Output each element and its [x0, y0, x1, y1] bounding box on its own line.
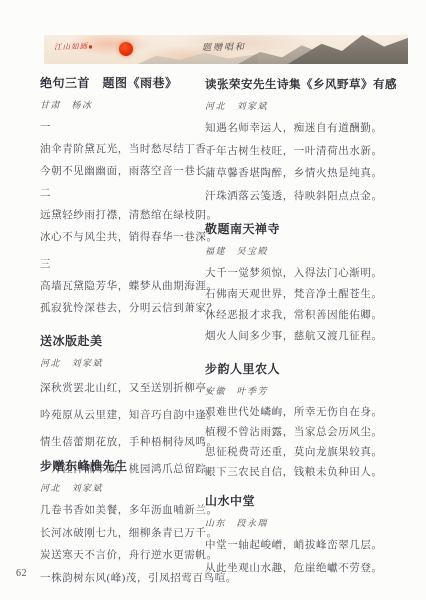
poem-body: 大千一觉梦须惊，入得法门心渐明。 石佛南天观世界，梵音净土醒苍生。 休经恶报才求…: [205, 263, 421, 347]
poem-line: 大千一觉梦须惊，入得法门心渐明。: [205, 263, 421, 284]
poem-line: 植稷不曾沾雨露，当家总会历风尘。: [205, 423, 421, 443]
poem-title: 步韵人里农人: [205, 360, 421, 377]
poem-line: 思征税费苛还重，莫向龙旗果较真。: [205, 443, 421, 463]
poem-author: 福建 吴宝殿: [205, 244, 421, 257]
poem-nantianchansi: 敬题南天禅寺 福建 吴宝殿 大千一觉梦须惊，入得法门心渐明。 石佛南天观世界，梵…: [205, 220, 421, 347]
poem-line: 休经恶报才求我，常积善因能佑卿。: [205, 305, 421, 326]
poem-line: 艰难世代处嶙峋，所幸无伤自在身。: [205, 403, 421, 423]
poem-author: 河北 刘家斌: [205, 99, 421, 112]
poem-nongren: 步韵人里农人 安徽 叶季芳 艰难世代处嶙峋，所幸无伤自在身。 植稷不曾沾雨露，当…: [205, 360, 421, 483]
poem-xiangfengyecao: 读张荣安先生诗集《乡风野草》有感 河北 刘家斌 知遇名师幸运人，痴迷自有道酬勤。…: [205, 76, 421, 208]
poem-line: 千年古树生枝旺，一叶清荷出水新。: [205, 141, 421, 164]
poem-shanshuizhongtang: 山水中堂 山东 段永瑞 中堂一轴起峻嶒，峭拔峰峦翠几层。 从此坐观山水趣，危崖绝…: [205, 492, 421, 580]
poem-line: 蒲草馨香堪陶醉，乡情火热是纯真。: [205, 163, 421, 186]
book-page: 江山如画 题赠唱和 绝句三首 题图《雨巷》 甘肃 杨冰 一 油伞青阶黛瓦光，当时…: [0, 0, 426, 600]
poem-line: 汗珠洒落云笺透，待映斜阳点点金。: [205, 186, 421, 209]
poem-body: 艰难世代处嶙峋，所幸无伤自在身。 植稷不曾沾雨露，当家总会历风尘。 思征税费苛还…: [205, 403, 421, 483]
poem-line: 中堂一轴起峻嶒，峭拔峰峦翠几层。: [205, 535, 421, 558]
poem-line: 石佛南天观世界，梵音净土醒苍生。: [205, 284, 421, 305]
poem-line: 烟火人间多少事，慈航又渡几征程。: [205, 326, 421, 347]
page-number: 62: [16, 568, 27, 579]
poem-line: 眼下三农民自信，钱粮未负种田人。: [205, 463, 421, 483]
poem-title: 读张荣安先生诗集《乡风野草》有感: [205, 76, 421, 92]
poem-line: 从此坐观山水趣，危崖绝巘不劳登。: [205, 558, 421, 581]
poem-body: 中堂一轴起峻嶒，峭拔峰峦翠几层。 从此坐观山水趣，危崖绝巘不劳登。: [205, 535, 421, 580]
right-column: 读张荣安先生诗集《乡风野草》有感 河北 刘家斌 知遇名师幸运人，痴迷自有道酬勤。…: [205, 0, 421, 600]
poem-title: 山水中堂: [205, 492, 421, 509]
poem-body: 知遇名师幸运人，痴迷自有道酬勤。 千年古树生枝旺，一叶清荷出水新。 蒲草馨香堪陶…: [205, 118, 421, 208]
poem-author: 山东 段永瑞: [205, 516, 421, 529]
poem-line: 知遇名师幸运人，痴迷自有道酬勤。: [205, 118, 421, 141]
poem-author: 安徽 叶季芳: [205, 384, 421, 397]
poem-title: 敬题南天禅寺: [205, 220, 421, 237]
